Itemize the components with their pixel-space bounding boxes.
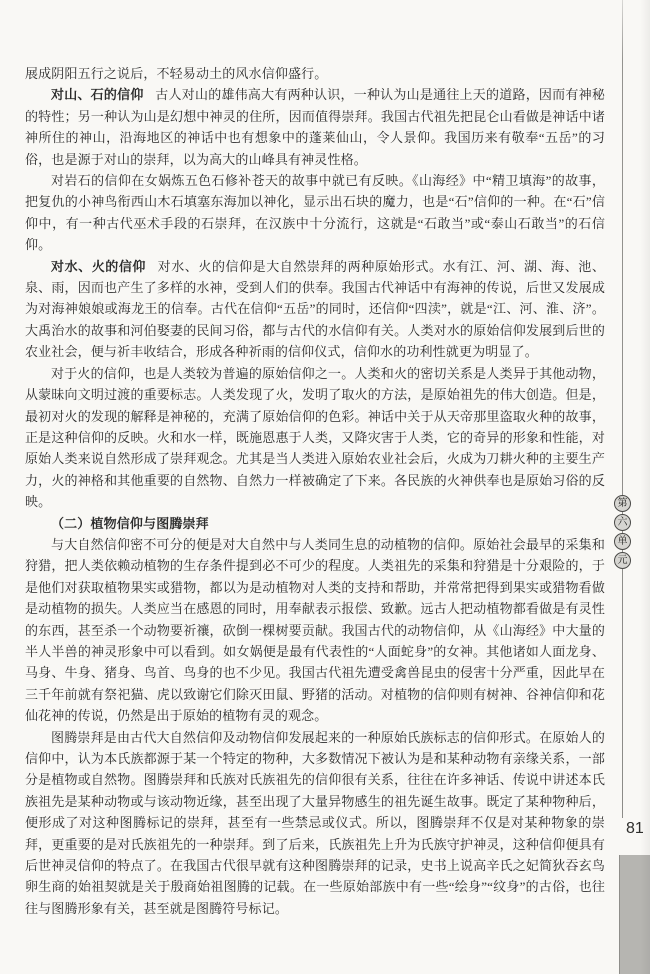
scanned-book-page: { "colors": { "paper": "#f9f8f5", "ink":… [0, 0, 650, 974]
page-number: 81 [626, 820, 644, 838]
section-subheading: （二）植物信仰与图腾崇拜 [25, 513, 605, 534]
unit-tab-medallion: 六 [614, 514, 631, 531]
unit-tab-medallion: 单 [614, 533, 631, 550]
page-edge-rule [622, 0, 623, 818]
paragraph: 图腾崇拜是由古代大自然信仰及动物信仰发展起来的一种原始氏族标志的信仰形式。在原始… [25, 727, 605, 920]
unit-tab-medallion: 第 [614, 495, 631, 512]
paragraph: 对于火的信仰，也是人类较为普遍的原始信仰之一。人类和火的密切关系是人类异于其他动… [25, 363, 605, 513]
paragraph: 对岩石的信仰在女娲炼五色石修补苍天的故事中就已有反映。《山海经》中“精卫填海”的… [25, 170, 605, 256]
paragraph: 展成阴阳五行之说后，不轻易动土的风水信仰盛行。 [25, 63, 605, 84]
paragraph: 与大自然信仰密不可分的便是对大自然中与人类同生息的动植物的信仰。原始社会最早的采… [25, 534, 605, 727]
unit-tab: 第六单元 [614, 495, 631, 569]
unit-tab-medallion: 元 [614, 552, 631, 569]
paragraph-lead-heading: 对山、石的信仰 [51, 87, 144, 102]
paragraph: 对水、火的信仰对水、火的信仰是大自然崇拜的两种原始形式。水有江、河、湖、海、池、… [25, 256, 605, 363]
corner-tab-block [619, 855, 650, 974]
text-column: 展成阴阳五行之说后，不轻易动土的风水信仰盛行。对山、石的信仰古人对山的雄伟高大有… [25, 63, 605, 919]
paragraph: 对山、石的信仰古人对山的雄伟高大有两种认识，一种认为山是通往上天的道路，因而有神… [25, 84, 605, 170]
paragraph-lead-heading: 对水、火的信仰 [51, 259, 146, 274]
